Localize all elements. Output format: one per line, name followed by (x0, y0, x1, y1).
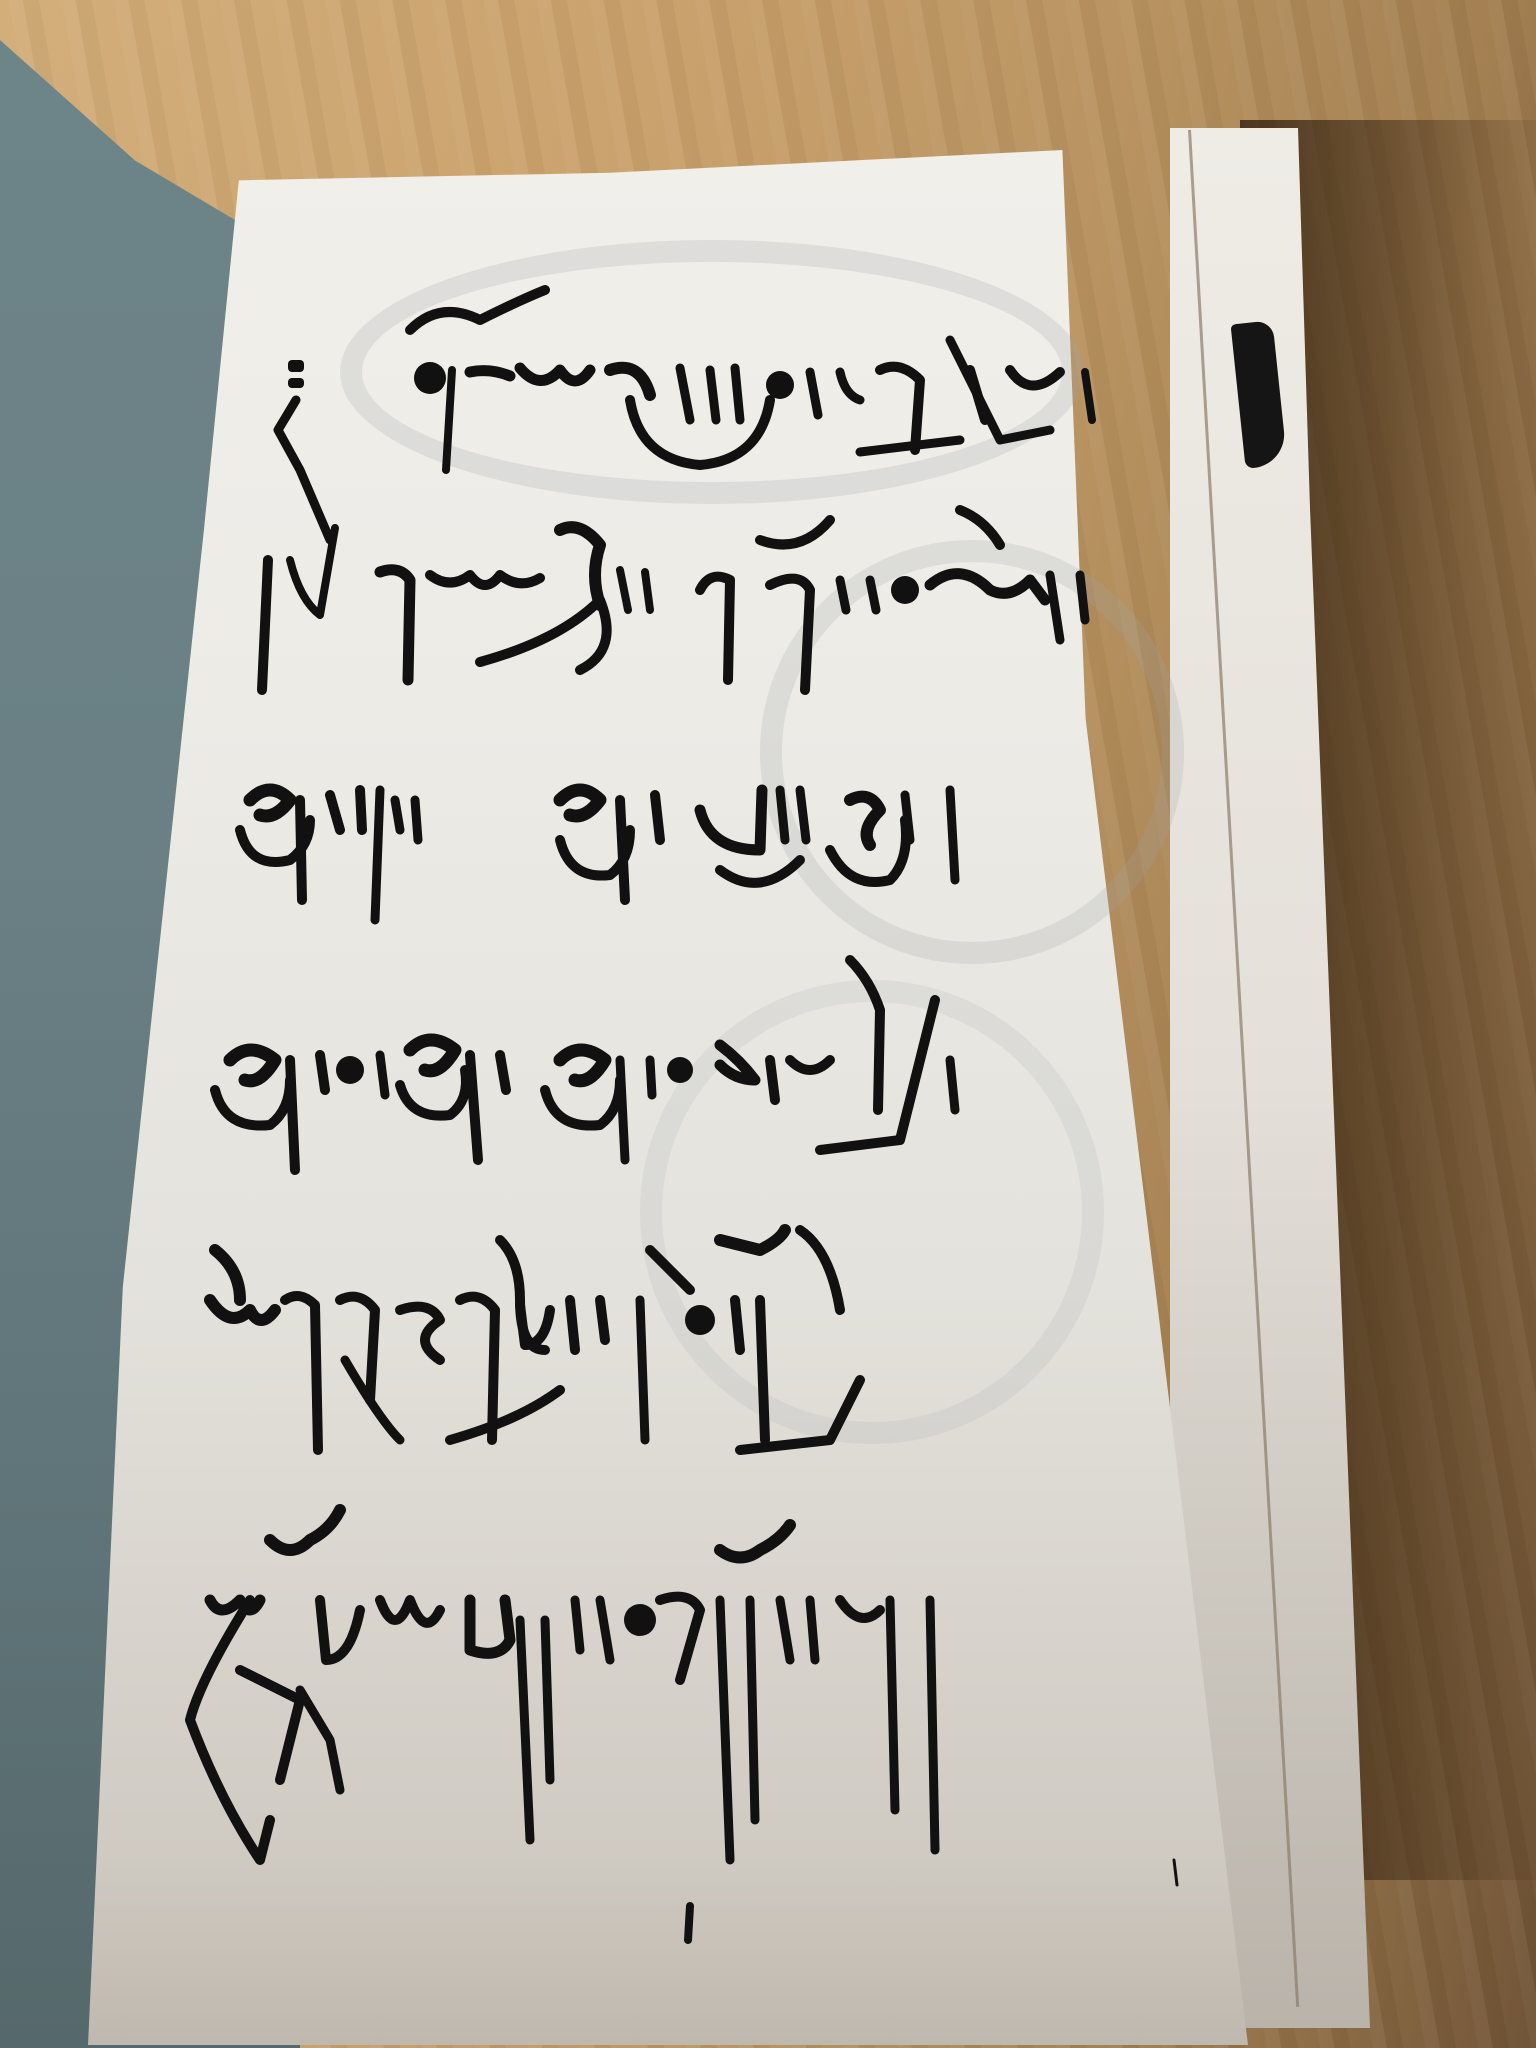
script-line-1 (410, 290, 1092, 470)
script-line-2 (262, 510, 1085, 690)
edge-speck (1174, 1860, 1177, 1885)
head-mark (278, 360, 330, 540)
bottom-page-mark (688, 1906, 690, 1940)
calligraphy-script (0, 0, 1536, 2048)
script-line-4 (215, 960, 955, 1170)
script-line-6 (190, 1510, 935, 1860)
script-line-5 (210, 1230, 860, 1450)
script-line-3 (240, 790, 955, 920)
